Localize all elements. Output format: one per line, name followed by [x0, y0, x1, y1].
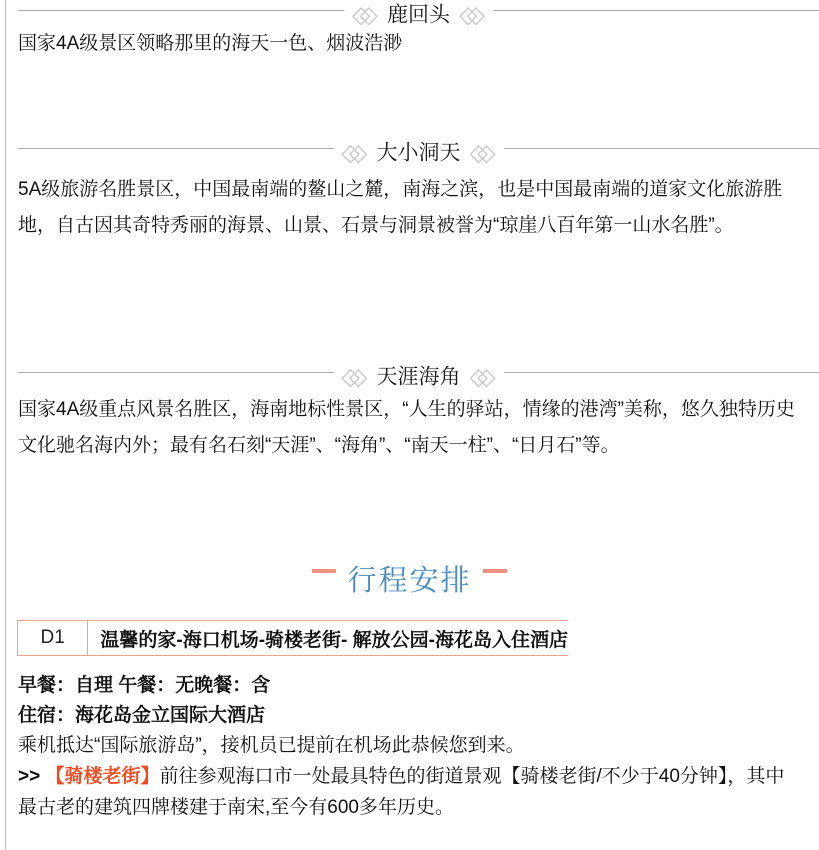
page-left-border	[5, 0, 6, 850]
day-route-title: 温馨的家-海口机场-骑楼老街- 解放公园-海花岛入住酒店	[88, 621, 568, 655]
highlight-prefix: >>	[18, 766, 45, 787]
itinerary-heading-text: 行程安排	[347, 564, 471, 598]
section-label: ◇◇ 鹿回头 ◇◇	[344, 1, 493, 28]
highlight-tag-qilou-old-street: 【骑楼老街】	[45, 766, 159, 787]
highlight-paragraph: >> 【骑楼老街】前往参观海口市一处最具特色的街道景观【骑楼老街/不少于40分钟…	[18, 761, 803, 823]
section-title: 大小洞天	[377, 139, 461, 166]
diamond-ornament-right: ◇◇	[470, 365, 496, 389]
section-title: 天涯海角	[377, 363, 461, 390]
lodging-line: 住宿：海花岛金立国际大酒店	[18, 701, 803, 731]
diamond-ornament-left: ◇◇	[341, 365, 367, 389]
section-label: ◇◇ 天涯海角 ◇◇	[333, 363, 503, 390]
diamond-ornament-left: ◇◇	[341, 141, 367, 165]
section-body-tianyahaijiao: 国家4A级重点风景名胜区，海南地标性景区，“人生的驿站，情缘的港湾”美称，悠久独…	[18, 392, 803, 464]
diamond-ornament-left: ◇◇	[352, 3, 378, 27]
day-row-d1: D1 温馨的家-海口机场-骑楼老街- 解放公园-海花岛入住酒店	[17, 620, 568, 656]
heading-dash-right	[483, 569, 507, 573]
meals-line: 早餐：自理 午餐：无晚餐：含	[18, 671, 803, 701]
day-label: D1	[18, 621, 88, 655]
section-body-luhuitou: 国家4A级景区领略那里的海天一色、烟波浩渺	[18, 26, 803, 62]
itinerary-heading: 行程安排	[0, 564, 819, 598]
section-body-daxiaodongtian: 5A级旅游名胜景区，中国最南端的鳌山之麓，南海之滨，也是中国最南端的道家文化旅游…	[18, 172, 803, 244]
travel-itinerary-page: ◇◇ 鹿回头 ◇◇ 国家4A级景区领略那里的海天一色、烟波浩渺 ◇◇ 大小洞天 …	[0, 0, 819, 850]
section-title: 鹿回头	[387, 1, 450, 28]
diamond-ornament-right: ◇◇	[470, 141, 496, 165]
arrival-line: 乘机抵达“国际旅游岛”，接机员已提前在机场此恭候您到来。	[18, 731, 803, 761]
diamond-ornament-right: ◇◇	[459, 3, 485, 27]
heading-dash-left	[312, 569, 336, 573]
section-label: ◇◇ 大小洞天 ◇◇	[333, 139, 503, 166]
